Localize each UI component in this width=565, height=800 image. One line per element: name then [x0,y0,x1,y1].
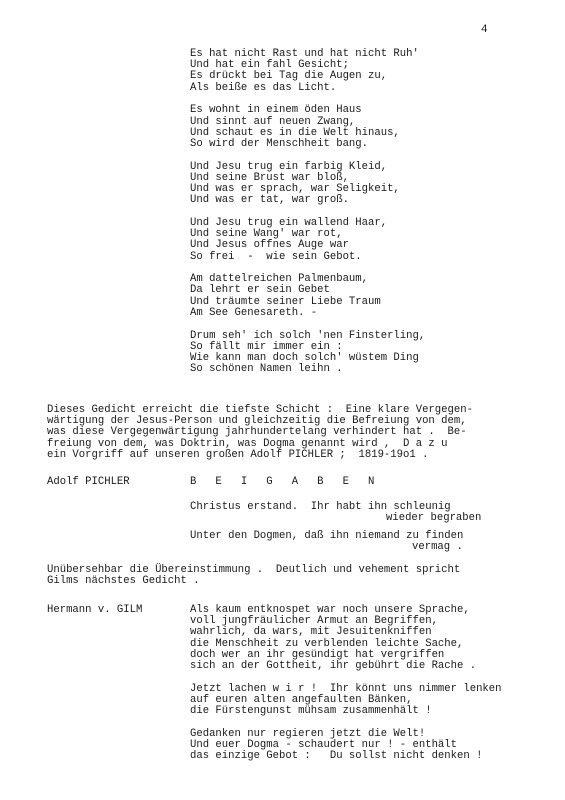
gilm-poem-line: die Fürstengunst mühsam zusammenhält ! [190,706,502,717]
poem-line: Und Jesus offnes Auge war [190,240,425,251]
pichler-poem-line: wieder begraben [190,513,481,524]
poem-line: Da lehrt er sein Gebet [190,285,425,296]
gilm-poem-stanza: Gedanken nur regieren jetzt die Welt!Und… [190,729,502,763]
commentary-line: ein Vorgriff auf unseren großen Adolf PI… [47,450,547,461]
poem-line: Als beiße es das Licht. [190,83,425,94]
poem-stanza: Drum seh' ich solch 'nen Finsterling,So … [190,331,425,376]
poem-line: So wird der Menschheit bang. [190,139,425,150]
poem-stanza: Und Jesu trug ein wallend Haar,Und seine… [190,218,425,263]
pichler-author-label: Adolf PICHLER [47,477,130,488]
gilm-poem-line: sich an der Gottheit, ihr gebührt die Ra… [190,661,502,672]
poem-line: Es wohnt in einem öden Haus [190,105,425,116]
poem-line: Und was er tat, war groß. [190,195,425,206]
poem-stanza: Es hat nicht Rast und hat nicht Ruh'Und … [190,49,425,94]
pichler-poem-line: vermag . [190,542,481,553]
gilm-poem-stanza: Jetzt lachen w i r ! Ihr könnt uns nimme… [190,684,502,718]
gilm-poem-line: wahrlich, da wars, mit Jesuitenkniffen [190,627,502,638]
poem-stanza: Es wohnt in einem öden HausUnd sinnt auf… [190,105,425,150]
commentary-paragraph-2: Unübersehbar die Übereinstimmung . Deutl… [47,565,547,587]
gilm-poem: Als kaum entknospet war noch unsere Spra… [190,605,502,774]
gilm-author-label: Hermann v. GILM [47,605,142,616]
pichler-poem: B E I G A B E N Christus erstand. Ihr ha… [190,477,481,553]
pichler-poem-lines: Christus erstand. Ihr habt ihn schleunig… [190,502,481,553]
pichler-poem-title: B E I G A B E N [190,477,481,488]
commentary-line: Gilms nächstes Gedicht . [47,576,547,587]
poem-line: Am See Genesareth. - [190,308,425,319]
poem-line: So schönen Namen leihn . [190,364,425,375]
poem-line: So frei - wie sein Gebot. [190,252,425,263]
poem-stanza: Am dattelreichen Palmenbaum,Da lehrt er … [190,274,425,319]
page-number: 4 [481,25,488,36]
poem-stanza: Und Jesu trug ein farbig Kleid,Und seine… [190,162,425,207]
commentary-paragraph-1: Dieses Gedicht erreicht die tiefste Schi… [47,405,547,461]
poem-stanzas: Es hat nicht Rast und hat nicht Ruh'Und … [190,49,425,387]
gilm-poem-stanza: Als kaum entknospet war noch unsere Spra… [190,605,502,672]
poem-line: Es drückt bei Tag die Augen zu, [190,71,425,82]
gilm-poem-line: das einzige Gebot : Du sollst nicht denk… [190,751,502,762]
commentary-line: was diese Vergegenwärtigung jahrhunderte… [47,427,547,438]
